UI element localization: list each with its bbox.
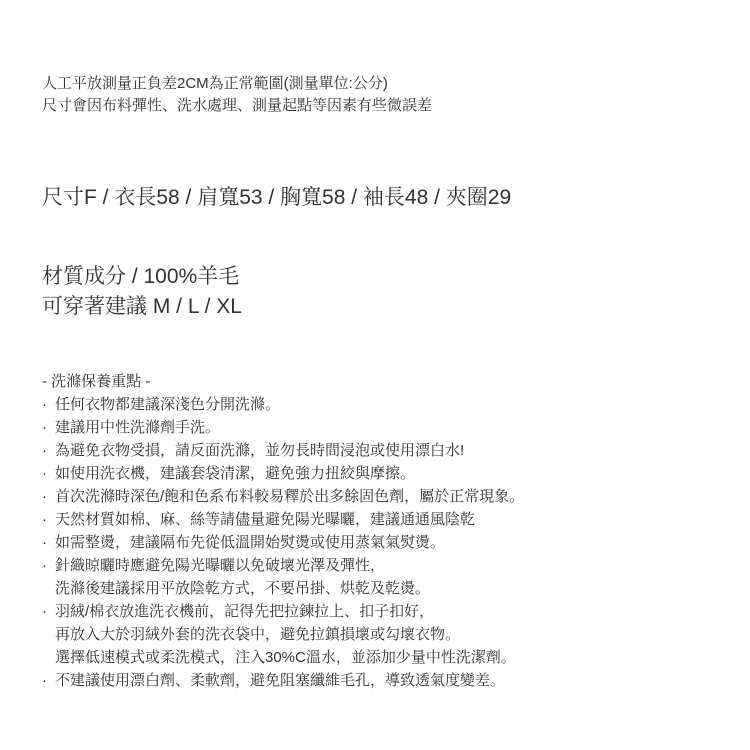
care-item: · 建議用中性洗滌劑手洗。	[42, 416, 524, 439]
care-item: · 為避免衣物受損，請反面洗滌，並勿長時間浸泡或使用漂白水!	[42, 439, 524, 462]
measurement-note-line-2: 尺寸會因布料彈性、洗水處理、測量起點等因素有些微誤差	[42, 95, 432, 117]
measurement-note-line-1: 人工平放測量正負差2CM為正常範圍(測量單位:公分)	[42, 73, 432, 95]
care-text: 建議用中性洗滌劑手洗。	[55, 416, 220, 439]
care-text: 如需整燙，建議隔布先從低溫開始熨燙或使用蒸氣氣熨燙。	[55, 531, 445, 554]
bullet-dot: ·	[42, 531, 55, 554]
bullet-dot: ·	[42, 600, 55, 623]
care-text: 首次洗滌時深色/飽和色系布料較易釋於出多餘固色劑，屬於正常現象。	[55, 485, 524, 508]
bullet-dot: ·	[42, 393, 55, 416]
care-heading: - 洗滌保養重點 -	[42, 370, 524, 393]
bullet-spacer	[42, 577, 55, 600]
care-text: 再放入大於羽絨外套的洗衣袋中，避免拉鎮損壞或勾壞衣物。	[55, 623, 460, 646]
care-text: 選擇低速模式或柔洗模式，注入30%C溫水，並添加少量中性洗潔劑。	[55, 646, 516, 669]
bullet-dot: ·	[42, 508, 55, 531]
material-info: 材質成分 / 100%羊毛 可穿著建議 M / L / XL	[42, 262, 242, 322]
care-text: 洗滌後建議採用平放陰乾方式，不要吊掛、烘乾及乾燙。	[55, 577, 430, 600]
care-item: · 針織晾曬時應避免陽光曝曬以免破壞光澤及彈性，	[42, 554, 524, 577]
care-text: 任何衣物都建議深淺色分開洗滌。	[55, 393, 280, 416]
care-item: · 首次洗滌時深色/飽和色系布料較易釋於出多餘固色劑，屬於正常現象。	[42, 485, 524, 508]
care-item: · 如需整燙，建議隔布先從低溫開始熨燙或使用蒸氣氣熨燙。	[42, 531, 524, 554]
care-text: 羽絨/棉衣放進洗衣機前，記得先把拉鍊拉上、扣子扣好，	[55, 600, 434, 623]
care-item-continuation: 選擇低速模式或柔洗模式，注入30%C溫水，並添加少量中性洗潔劑。	[42, 646, 524, 669]
fit-advice: 可穿著建議 M / L / XL	[42, 292, 242, 322]
bullet-spacer	[42, 623, 55, 646]
care-instructions-section: - 洗滌保養重點 - · 任何衣物都建議深淺色分開洗滌。 · 建議用中性洗滌劑手…	[42, 370, 524, 692]
bullet-dot: ·	[42, 554, 55, 577]
bullet-spacer	[42, 646, 55, 669]
bullet-dot: ·	[42, 669, 55, 692]
bullet-dot: ·	[42, 439, 55, 462]
care-item: · 天然材質如棉、麻、絲等請儘量避免陽光曝曬，建議通通風陰乾	[42, 508, 524, 531]
care-item-continuation: 再放入大於羽絨外套的洗衣袋中，避免拉鎮損壞或勾壞衣物。	[42, 623, 524, 646]
care-text: 不建議使用漂白劑、柔軟劑，避免阻塞纖維毛孔，導致透氣度變差。	[55, 669, 505, 692]
size-spec-line: 尺寸F / 衣長58 / 肩寬53 / 胸寬58 / 袖長48 / 夾圈29	[42, 184, 511, 212]
care-text: 天然材質如棉、麻、絲等請儘量避免陽光曝曬，建議通通風陰乾	[55, 508, 475, 531]
care-item: · 如使用洗衣機，建議套袋清潔，避免強力扭絞與摩擦。	[42, 462, 524, 485]
care-text: 為避免衣物受損，請反面洗滌，並勿長時間浸泡或使用漂白水!	[55, 439, 464, 462]
care-item: · 不建議使用漂白劑、柔軟劑，避免阻塞纖維毛孔，導致透氣度變差。	[42, 669, 524, 692]
care-item: · 羽絨/棉衣放進洗衣機前，記得先把拉鍊拉上、扣子扣好，	[42, 600, 524, 623]
bullet-dot: ·	[42, 485, 55, 508]
bullet-dot: ·	[42, 462, 55, 485]
measurement-notes: 人工平放測量正負差2CM為正常範圍(測量單位:公分) 尺寸會因布料彈性、洗水處理…	[42, 73, 432, 117]
material-composition: 材質成分 / 100%羊毛	[42, 262, 242, 292]
care-item: · 任何衣物都建議深淺色分開洗滌。	[42, 393, 524, 416]
care-text: 針織晾曬時應避免陽光曝曬以免破壞光澤及彈性，	[55, 554, 385, 577]
care-text: 如使用洗衣機，建議套袋清潔，避免強力扭絞與摩擦。	[55, 462, 415, 485]
bullet-dot: ·	[42, 416, 55, 439]
care-item-continuation: 洗滌後建議採用平放陰乾方式，不要吊掛、烘乾及乾燙。	[42, 577, 524, 600]
